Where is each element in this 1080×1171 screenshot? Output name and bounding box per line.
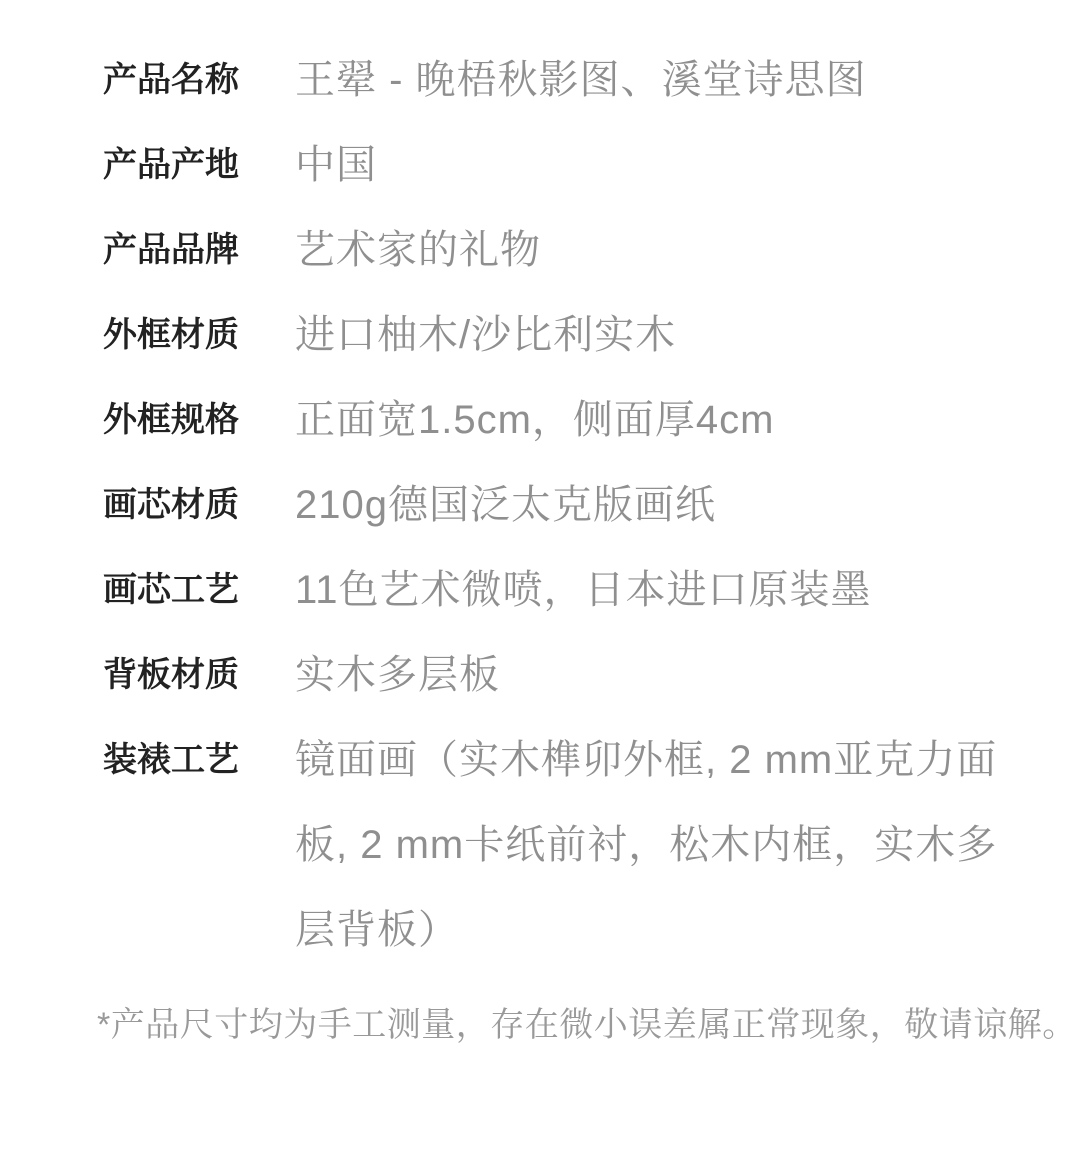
measurement-disclaimer: *产品尺寸均为手工测量，存在微小误差属正常现象，敬请谅解。 bbox=[0, 983, 1080, 1068]
spec-value: 210g德国泛太克版画纸 bbox=[295, 463, 1000, 548]
spec-label: 产品产地 bbox=[103, 123, 295, 208]
spec-label: 背板材质 bbox=[103, 633, 295, 718]
spec-row-origin: 产品产地 中国 bbox=[103, 123, 1000, 208]
spec-value: 中国 bbox=[295, 123, 1000, 208]
spec-row-backboard-material: 背板材质 实木多层板 bbox=[103, 633, 1000, 718]
spec-row-brand: 产品品牌 艺术家的礼物 bbox=[103, 208, 1000, 293]
spec-label: 画芯材质 bbox=[103, 463, 295, 548]
spec-table: 产品名称 王翚 - 晚梧秋影图、溪堂诗思图 产品产地 中国 产品品牌 艺术家的礼… bbox=[0, 0, 1080, 973]
spec-value: 进口柚木/沙比利实木 bbox=[295, 293, 1000, 378]
spec-value: 正面宽1.5cm，侧面厚4cm bbox=[295, 378, 1000, 463]
product-spec-panel: 产品名称 王翚 - 晚梧秋影图、溪堂诗思图 产品产地 中国 产品品牌 艺术家的礼… bbox=[0, 0, 1080, 1171]
spec-value: 艺术家的礼物 bbox=[295, 208, 1000, 293]
spec-value: 镜面画（实木榫卯外框, 2 mm亚克力面 板, 2 mm卡纸前衬，松木内框，实木… bbox=[295, 718, 1000, 973]
spec-value: 实木多层板 bbox=[295, 633, 1000, 718]
spec-label: 外框材质 bbox=[103, 293, 295, 378]
spec-label: 外框规格 bbox=[103, 378, 295, 463]
spec-label: 装裱工艺 bbox=[103, 718, 295, 803]
spec-label: 产品品牌 bbox=[103, 208, 295, 293]
spec-row-mounting-process: 装裱工艺 镜面画（实木榫卯外框, 2 mm亚克力面 板, 2 mm卡纸前衬，松木… bbox=[103, 718, 1000, 973]
spec-row-print-process: 画芯工艺 11色艺术微喷，日本进口原装墨 bbox=[103, 548, 1000, 633]
spec-row-product-name: 产品名称 王翚 - 晚梧秋影图、溪堂诗思图 bbox=[103, 38, 1000, 123]
spec-value: 王翚 - 晚梧秋影图、溪堂诗思图 bbox=[295, 38, 1000, 123]
spec-row-frame-size: 外框规格 正面宽1.5cm，侧面厚4cm bbox=[103, 378, 1000, 463]
spec-label: 画芯工艺 bbox=[103, 548, 295, 633]
spec-row-print-paper: 画芯材质 210g德国泛太克版画纸 bbox=[103, 463, 1000, 548]
spec-value: 11色艺术微喷，日本进口原装墨 bbox=[295, 548, 1000, 633]
spec-row-frame-material: 外框材质 进口柚木/沙比利实木 bbox=[103, 293, 1000, 378]
spec-label: 产品名称 bbox=[103, 38, 295, 123]
